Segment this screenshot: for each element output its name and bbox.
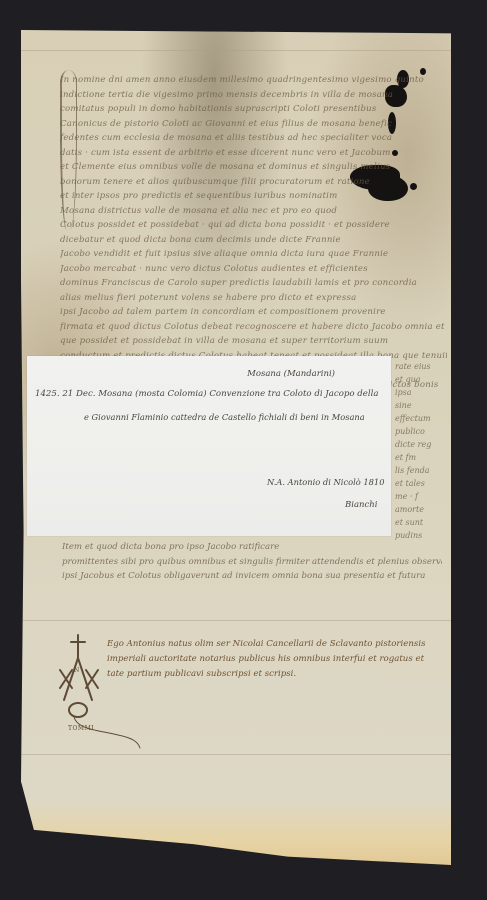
label-attribution: N.A. Antonio di Nicolò 1810 <box>267 477 385 487</box>
text-line: promittentes sibi pro quibus omnibus et … <box>62 555 442 570</box>
text-line: Ego Antonius natus olim ser Nicolai Canc… <box>107 637 427 652</box>
margin-fragment: sine <box>395 399 445 412</box>
text-line: Item et quod dicta bona pro ipso Jacobo … <box>62 540 442 555</box>
margin-fragment: lis fenda <box>395 464 445 477</box>
text-line: Colotus possidet et possidebat · qui ad … <box>60 218 447 233</box>
charter-body-text: In nomine dni amen anno eiusdem millesim… <box>60 73 447 392</box>
label-top-note: Mosana (Mandarini) <box>247 369 335 379</box>
margin-fragment: et qua <box>395 373 445 386</box>
margin-fragment: et fm <box>395 451 445 464</box>
closing-text: Item et quod dicta bona pro ipso Jacobo … <box>62 540 442 584</box>
margin-fragment: effectum <box>395 412 445 425</box>
margin-fragment: rate eius <box>395 360 445 373</box>
text-line: alias melius fieri poterunt volens se ha… <box>60 291 447 306</box>
right-margin-text: rate eius et qua ipsa sine effectum publ… <box>395 360 445 542</box>
text-line: Mosana districtus valle de mosana et ali… <box>60 204 447 219</box>
text-line: Canonicus de pistorio Coloti ac Giovanni… <box>60 117 447 132</box>
fold-line <box>21 754 451 755</box>
text-line: dominus Franciscus de Carolo super predi… <box>60 276 447 291</box>
margin-fragment: publico <box>395 425 445 438</box>
margin-fragment: amorte <box>395 503 445 516</box>
text-line: et Clemente eius omnibus volle de mosana… <box>60 160 447 175</box>
margin-fragment: et tales <box>395 477 445 490</box>
text-line: firmata et quod dictus Colotus debeat re… <box>60 320 447 335</box>
text-line: fedentes cum ecclesia de mosana et aliis… <box>60 131 447 146</box>
margin-fragment: me · f <box>395 490 445 503</box>
margin-fragment: dicte reg <box>395 438 445 451</box>
archival-label: Mosana (Mandarini) 1425. 21 Dec. Mosana … <box>27 356 391 536</box>
text-line: datis · cum ista essent de arbitrio et e… <box>60 146 447 161</box>
signum-caption: TOMMI <box>68 725 94 732</box>
signum-monogram: N <box>74 667 79 674</box>
label-main-line: 1425. 21 Dec. Mosana (mosta Colomia) Con… <box>35 389 378 399</box>
notary-subscription: Ego Antonius natus olim ser Nicolai Canc… <box>107 637 427 682</box>
margin-fragment: et sunt <box>395 516 445 529</box>
text-line: imperiali auctoritate notarius publicus … <box>107 652 427 667</box>
text-line: In nomine dni amen anno eiusdem millesim… <box>60 73 447 88</box>
text-line: dicebatur et quod dicta bona cum decimis… <box>60 233 447 248</box>
text-line: ipsi Jacobus et Colotus obligaverunt ad … <box>62 569 442 584</box>
text-line: comitatus populi in domo habitationis su… <box>60 102 447 117</box>
text-line: tate partium publicavi subscripsi et scr… <box>107 667 427 682</box>
text-line: Jacobo mercabat · nunc vero dictus Colot… <box>60 262 447 277</box>
text-line: Jacobo vendidit et fuit ipsius sive alia… <box>60 247 447 262</box>
fold-line <box>21 50 451 51</box>
text-line: et inter ipsos pro predictis et sequenti… <box>60 189 447 204</box>
fold-line <box>21 620 451 621</box>
text-line: indictione tertia die vigesimo primo men… <box>60 88 447 103</box>
label-second-line: e Giovanni Flaminio cattedra de Castello… <box>84 412 365 422</box>
text-line: que possidet et possidebat in villa de m… <box>60 334 447 349</box>
text-line: ipsi Jacobo ad talem partem in concordia… <box>60 305 447 320</box>
text-line: bonorum tenere et alios quibuscumque fil… <box>60 175 447 190</box>
margin-fragment: ipsa <box>395 386 445 399</box>
label-signature: Bianchi <box>345 500 377 510</box>
